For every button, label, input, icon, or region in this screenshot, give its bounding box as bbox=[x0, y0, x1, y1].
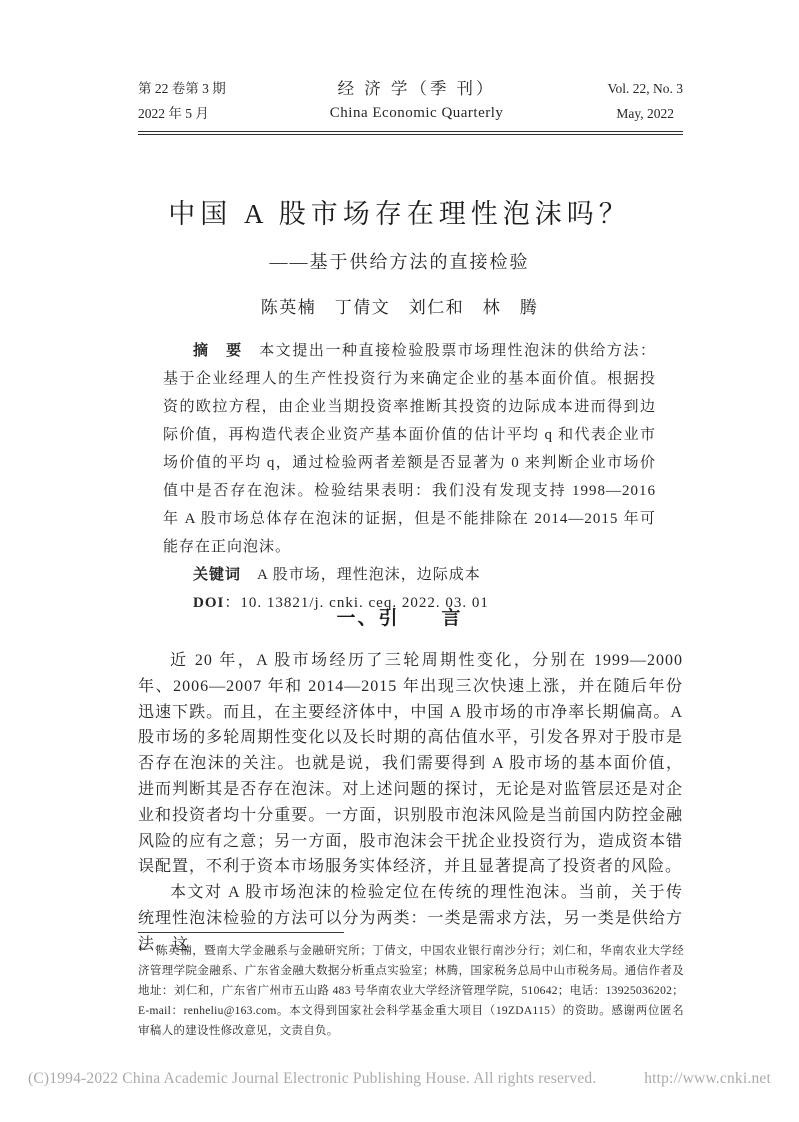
abstract-label: 摘 要 bbox=[193, 343, 243, 359]
journal-title-cn: 经 济 学（季 刊） bbox=[330, 76, 504, 101]
keywords-label: 关键词 bbox=[193, 567, 241, 583]
keywords-line: 关键词 A 股市场，理性泡沫，边际成本 bbox=[163, 561, 656, 589]
journal-title-en: China Economic Quarterly bbox=[330, 101, 504, 126]
copyright-text: (C)1994-2022 China Academic Journal Elec… bbox=[28, 1070, 596, 1088]
header-center-block: 经 济 学（季 刊） China Economic Quarterly bbox=[330, 76, 504, 126]
body-text: 近 20 年，A 股市场经历了三轮周期性变化，分别在 1999—2000 年、2… bbox=[138, 648, 683, 958]
intro-paragraph-1: 近 20 年，A 股市场经历了三轮周期性变化，分别在 1999—2000 年、2… bbox=[138, 648, 683, 880]
journal-page: 第 22 卷第 3 期 2022 年 5 月 经 济 学（季 刊） China … bbox=[0, 0, 799, 1122]
article-title: 中国 A 股市场存在理性泡沫吗？ bbox=[0, 192, 799, 231]
journal-header: 第 22 卷第 3 期 2022 年 5 月 经 济 学（季 刊） China … bbox=[138, 76, 683, 126]
date-en: May, 2022 bbox=[607, 101, 683, 126]
header-left-block: 第 22 卷第 3 期 2022 年 5 月 bbox=[138, 76, 226, 126]
author-footnote: * 陈英楠，暨南大学金融系与金融研究所；丁倩文，中国农业银行南沙分行；刘仁和，华… bbox=[138, 941, 684, 1041]
section-heading-introduction: 一、引 言 bbox=[0, 603, 799, 630]
abstract-text: 本文提出一种直接检验股票市场理性泡沫的供给方法：基于企业经理人的生产性投资行为来… bbox=[163, 343, 656, 555]
authors-line: 陈英楠 丁倩文 刘仁和 林 腾 bbox=[0, 293, 799, 318]
header-divider-rule bbox=[138, 131, 683, 135]
volume-issue-cn: 第 22 卷第 3 期 bbox=[138, 76, 226, 101]
cnki-url: http://www.cnki.net bbox=[644, 1070, 771, 1088]
copyright-bar: (C)1994-2022 China Academic Journal Elec… bbox=[0, 1070, 799, 1088]
header-right-block: Vol. 22, No. 3 May, 2022 bbox=[607, 76, 683, 126]
footnote-divider bbox=[138, 932, 344, 933]
abstract-block: 摘 要 本文提出一种直接检验股票市场理性泡沫的供给方法：基于企业经理人的生产性投… bbox=[163, 337, 656, 617]
keywords-text: A 股市场，理性泡沫，边际成本 bbox=[241, 567, 481, 583]
article-subtitle: ——基于供给方法的直接检验 bbox=[0, 248, 799, 274]
abstract-paragraph: 摘 要 本文提出一种直接检验股票市场理性泡沫的供给方法：基于企业经理人的生产性投… bbox=[163, 337, 656, 561]
volume-issue-en: Vol. 22, No. 3 bbox=[607, 76, 683, 101]
date-cn: 2022 年 5 月 bbox=[138, 101, 226, 126]
